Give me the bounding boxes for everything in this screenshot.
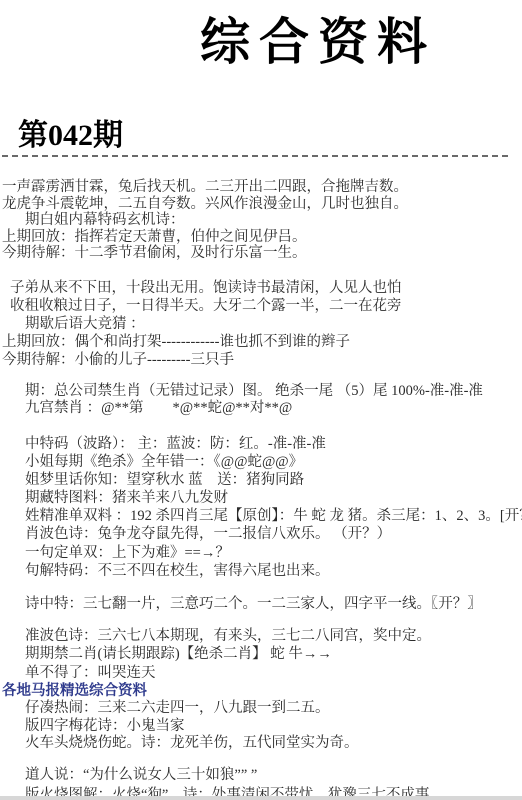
text-line: 火车头烧烧伤蛇。诗：龙死羊伤，五代同堂实为奇。	[2, 735, 522, 753]
dashed-separator	[2, 155, 508, 157]
bottom-edge-artifact	[0, 796, 522, 800]
document-page: 综合资料 第042期 一声霹雳洒甘霖，兔后找天机。二三开出二四跟，合拖牌吉数。 …	[0, 0, 522, 800]
text-line: 姐梦里话你知：望穿秋水 蓝 送：猪狗同路	[2, 471, 522, 489]
text-line: 版四字梅花诗：小鬼当家	[2, 718, 522, 736]
text-line: 期歇后语大竞猜 ：	[2, 315, 522, 333]
regional-header: 各地马报精选综合资料	[2, 682, 522, 700]
text-line: 准波色诗：三六七八本期现，有来头，三七二八同宫，奖中定。	[2, 627, 522, 646]
text-line: 期藏特图料：猪来羊来八九发财	[2, 489, 522, 507]
text-line: 小姐每期《绝杀》全年错一：《@@蛇@@》	[2, 453, 522, 471]
text-line: 今期待解：小偷的儿子---------三只手	[2, 351, 522, 369]
text-line: 一句定单双：上下为难》==→？	[2, 544, 522, 562]
text-line: 期期禁二肖(请长期跟踪)【绝杀二肖】 蛇 牛→→	[2, 645, 522, 664]
text-line: 道人说：“为什么说女人三十如狼”” ”	[2, 765, 522, 785]
text-line: 今期待解：十二季节君偷闲，及时行乐富一生。	[2, 245, 522, 262]
text-line: 子弟从来不下田，十段出无用。饱读诗书最清闲，人见人也怕	[2, 279, 522, 297]
text-line: 收租收粮过日子，一日得半天。大牙二个露一半，二一在花旁	[2, 297, 522, 315]
issue-heading: 第042期	[18, 110, 123, 154]
text-line: 肖波色诗：兔争龙夺鼠先得，一二报信八欢乐。 （开？）	[2, 525, 522, 543]
text-line: 一声霹雳洒甘霖，兔后找天机。二三开出二四跟，合拖牌吉数。	[2, 179, 522, 196]
text-line: 九宫禁肖 ：@**第 *@**蛇@**对**@	[2, 400, 522, 418]
text-line: 中特码（波路）： 主：蓝波：防：红。-准-准-准	[2, 435, 522, 453]
text-line: 仔凑热闹：三来二六走四一，八九跟一到二五。	[2, 700, 522, 718]
text-line: 龙虎争斗震乾坤，二五自夸数。兴风作浪漫金山，几时也独自。	[2, 196, 522, 213]
content-body: 一声霹雳洒甘霖，兔后找天机。二三开出二四跟，合拖牌吉数。 龙虎争斗震乾坤，二五自…	[2, 179, 522, 800]
regional-tips-section: 仔凑热闹：三来二六走四一，八九跟一到二五。 版四字梅花诗：小鬼当家 火车头烧烧伤…	[2, 700, 522, 753]
mystery-poem-section: 一声霹雳洒甘霖，兔后找天机。二三开出二四跟，合拖牌吉数。 龙虎争斗震乾坤，二五自…	[2, 179, 522, 262]
text-line: 上期回放：指挥若定天萧曹，伯仲之间见伊吕。	[2, 229, 522, 246]
text-line: 期白姐内幕特码玄机诗：	[2, 212, 522, 229]
text-line: 诗中特：三七翻一片，三意巧二个。一二三家人，四字平一线。〖开？〗	[2, 595, 522, 613]
text-line: 上期回放：偶个和尚打架------------谁也抓不到谁的辫子	[2, 333, 522, 351]
footer-section: 道人说：“为什么说女人三十如狼”” ” 版火烧图解：火烧“狗”。诗：处事清闲不带…	[2, 765, 522, 800]
riddle-section: 子弟从来不下田，十段出无用。饱读诗书最清闲，人见人也怕 收租收粮过日子，一日得半…	[2, 279, 522, 369]
wave-color-section: 准波色诗：三六七八本期现，有来头，三七二八同宫，奖中定。 期期禁二肖(请长期跟踪…	[2, 627, 522, 683]
text-line: 句解特码：不三不四在校生，害得六尾也出来。	[2, 562, 522, 580]
page-title: 综合资料	[200, 2, 436, 74]
text-line: 姓精准单双料 ：192 杀四肖三尾【原创】：牛 蛇 龙 猪。杀三尾：1、2、3。…	[2, 507, 522, 525]
text-line: 单不得了：叫哭连天	[2, 664, 522, 683]
tips-section: 中特码（波路）： 主：蓝波：防：红。-准-准-准 小姐每期《绝杀》全年错一：《@…	[2, 435, 522, 580]
text-line: 期：总公司禁生肖（无错过记录）图。 绝杀一尾 （5）尾 100%-准-准-准	[2, 383, 522, 401]
banned-zodiac-section: 期：总公司禁生肖（无错过记录）图。 绝杀一尾 （5）尾 100%-准-准-准 九…	[2, 383, 522, 418]
mid-special-poem-section: 诗中特：三七翻一片，三意巧二个。一二三家人，四字平一线。〖开？〗	[2, 595, 522, 613]
